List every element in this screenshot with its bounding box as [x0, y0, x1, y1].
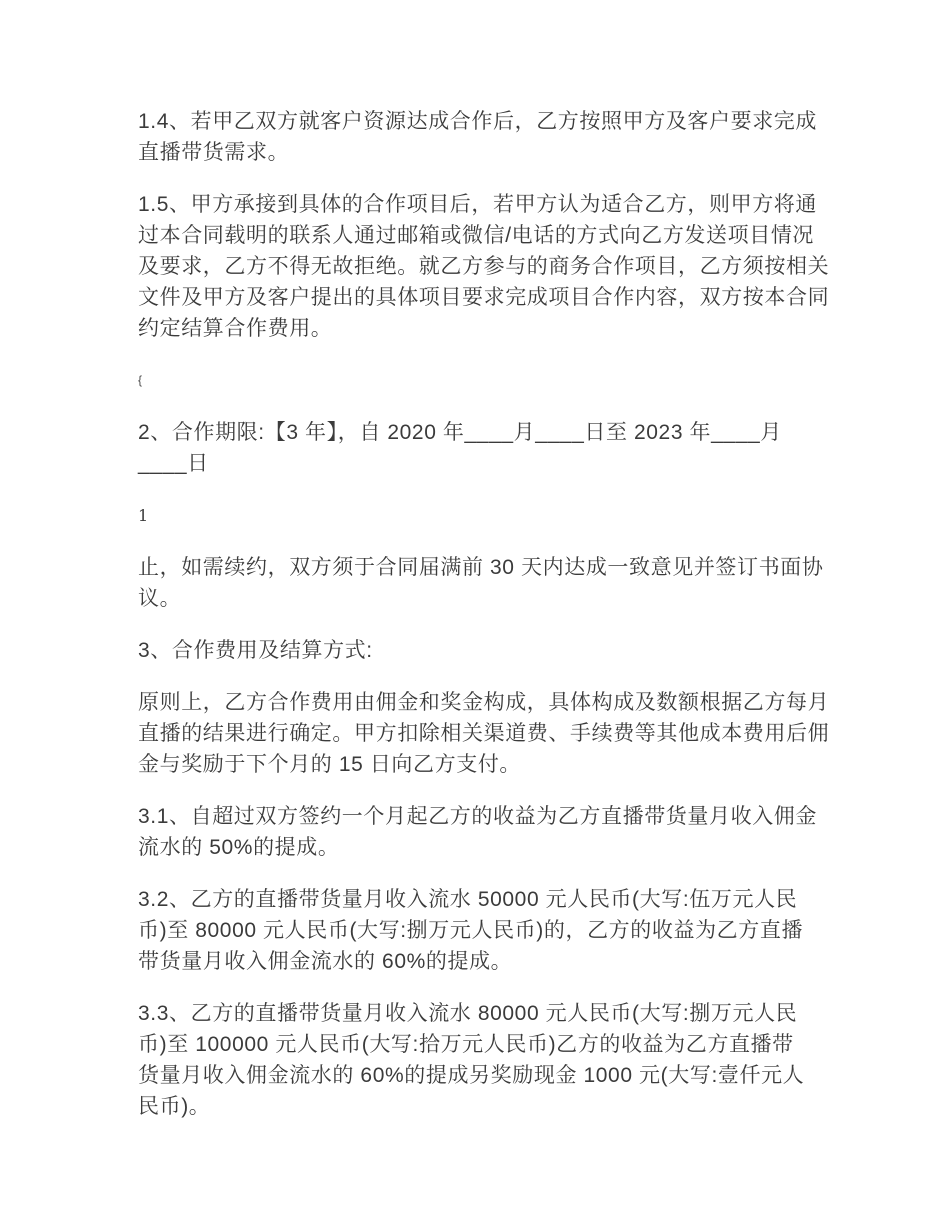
- clause-2-term: 2、合作期限:【3 年】，自 2020 年____月____日至 2023 年_…: [138, 417, 820, 479]
- clause-1-5: 1.5、甲方承接到具体的合作项目后，若甲方认为适合乙方，则甲方将通过本合同载明的…: [138, 189, 820, 344]
- clause-3-2: 3.2、乙方的直播带货量月收入流水 50000 元人民币(大写:伍万元人民币)至…: [138, 884, 820, 977]
- clause-3-heading: 3、合作费用及结算方式:: [138, 635, 820, 666]
- document-body: 1.4、若甲乙双方就客户资源达成合作后，乙方按照甲方及客户要求完成直播带货需求。…: [138, 106, 820, 1122]
- document-page: 1.4、若甲乙双方就客户资源达成合作后，乙方按照甲方及客户要求完成直播带货需求。…: [0, 0, 950, 1230]
- clause-3-1: 3.1、自超过双方签约一个月起乙方的收益为乙方直播带货量月收入佣金流水的 50%…: [138, 801, 820, 863]
- clause-1-4: 1.4、若甲乙双方就客户资源达成合作后，乙方按照甲方及客户要求完成直播带货需求。: [138, 106, 820, 168]
- page-number: 1: [138, 500, 820, 531]
- clause-3-intro: 原则上，乙方合作费用由佣金和奖金构成，具体构成及数额根据乙方每月直播的结果进行确…: [138, 687, 820, 780]
- stray-brace-mark: {: [138, 365, 820, 396]
- clause-2-renewal: 止，如需续约，双方须于合同届满前 30 天内达成一致意见并签订书面协议。: [138, 552, 820, 614]
- clause-3-3: 3.3、乙方的直播带货量月收入流水 80000 元人民币(大写:捌万元人民币)至…: [138, 998, 820, 1122]
